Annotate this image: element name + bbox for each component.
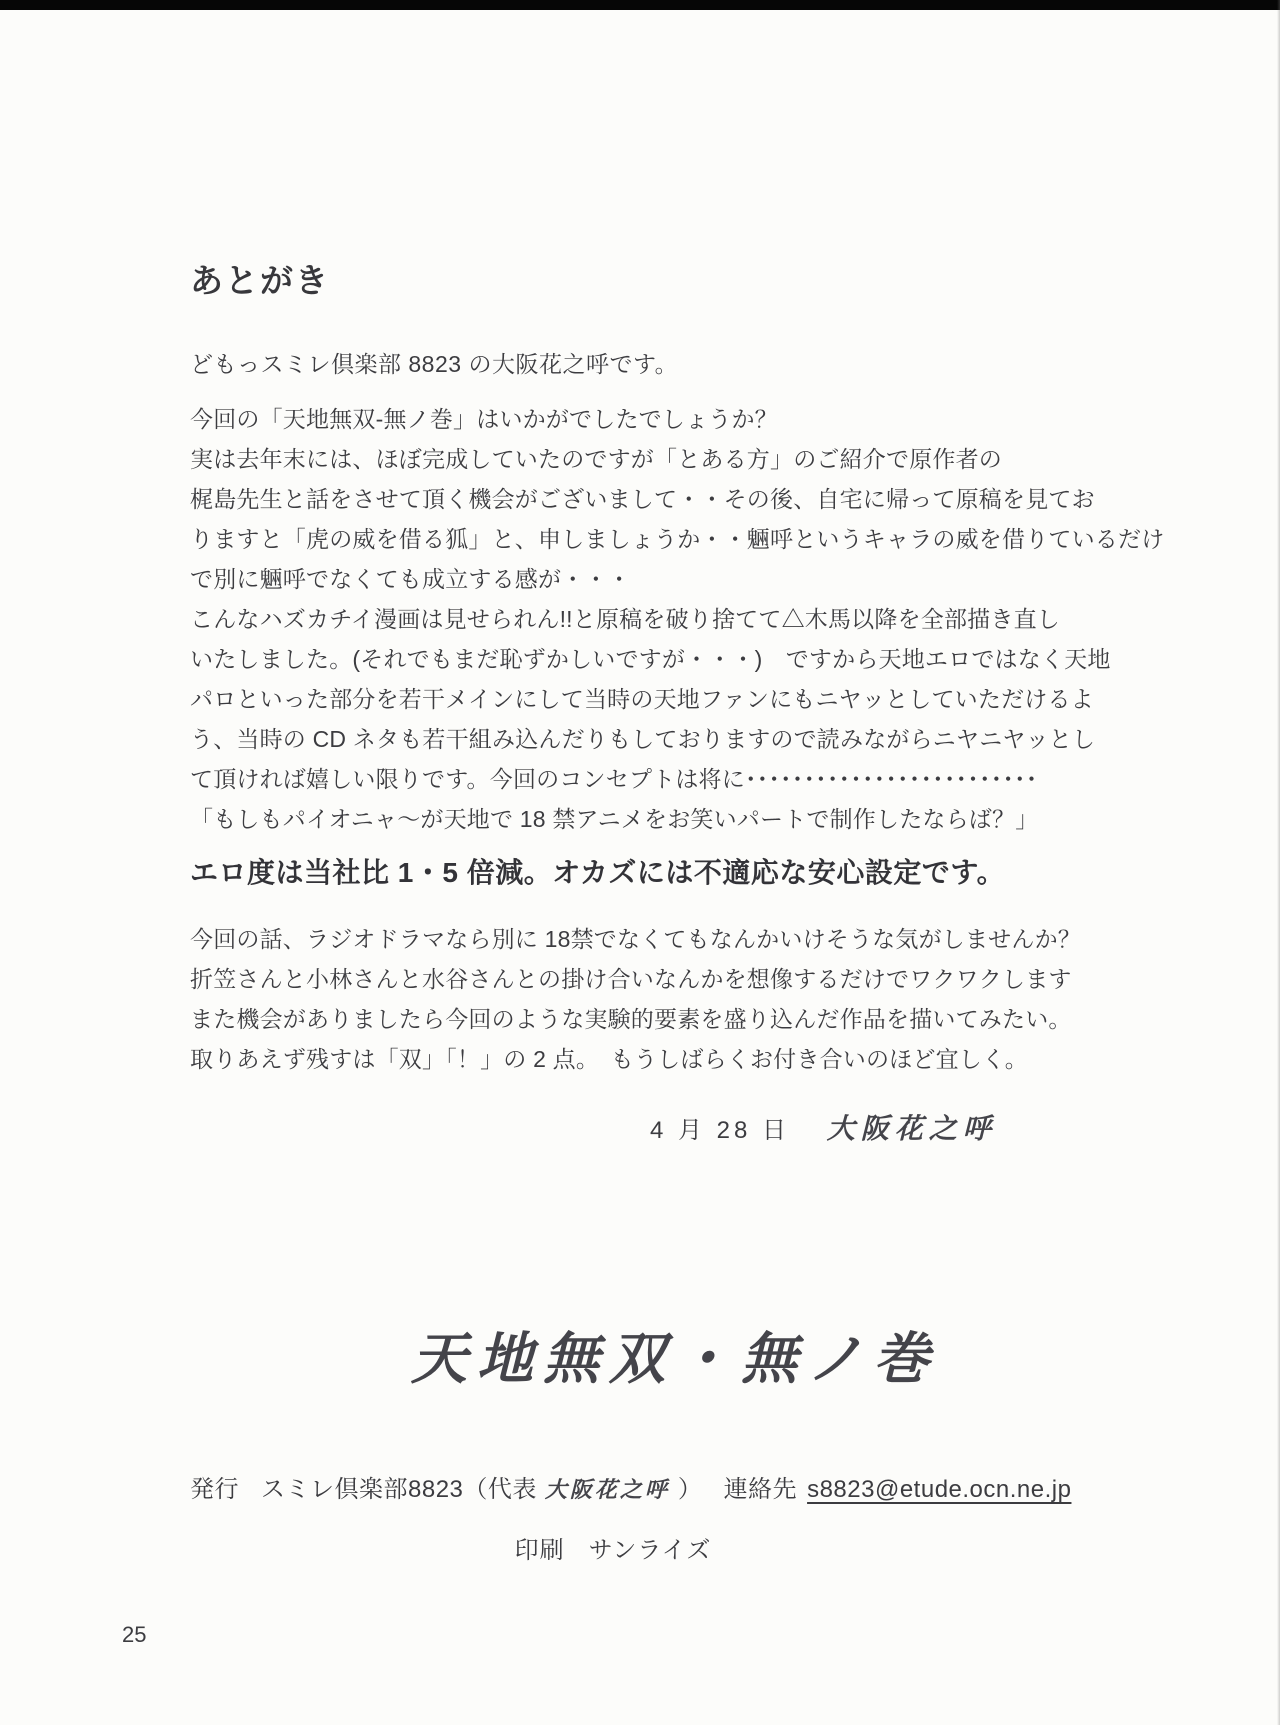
scan-edge-top: [0, 0, 1280, 10]
body-line: 「もしもパイオニャ～が天地で 18 禁アニメをお笑いパートで制作したならば？」: [190, 799, 1160, 839]
body-line: 実は去年末には、ほぼ完成していたのですが「とある方」のご紹介で原作者の: [190, 439, 1160, 479]
printer-label: 印刷: [515, 1537, 565, 1564]
publisher-name: スミレ倶楽部8823（代表: [261, 1476, 537, 1503]
afterword-heading: あとがき: [190, 255, 1160, 302]
closing-line: また機会がありましたら今回のような実験的要素を盛り込んだ作品を描いてみたい。: [190, 999, 1160, 1039]
colophon-printer-line: 印刷サンライズ: [128, 1530, 1098, 1565]
body-line: いたしました。(それでもまだ恥ずかしいですが・・・) ですから天地エロではなく天…: [190, 639, 1160, 679]
body-line: う、当時の CD ネタも若干組み込んだりもしておりますので読みながらニヤニヤッと…: [190, 719, 1160, 759]
body-line: パロといった部分を若干メインにして当時の天地ファンにもニヤッとしていただけるよ: [190, 679, 1160, 719]
contact-label: 連絡先: [724, 1476, 798, 1503]
doujin-title: 天地無双・無ノ巻: [190, 1315, 1160, 1395]
publisher-label: 発行: [190, 1476, 239, 1503]
body-line: て頂ければ嬉しい限りです。今回のコンセプトは将に････････････････…: [190, 759, 1160, 799]
date-signature-line: 4 月 28 日 大阪花之呼: [190, 1107, 1160, 1147]
page-number: 25: [122, 1622, 146, 1648]
colophon-publisher-line: 発行スミレ倶楽部8823（代表大阪花之呼） 連絡先s8823@etude.ocn…: [190, 1469, 1160, 1504]
body-line: 梶島先生と話をさせて頂く機会がございまして・・その後、自宅に帰って原稿を見てお: [190, 479, 1160, 519]
closing-line: 折笠さんと小林さんと水谷さんとの掛け合いなんかを想像するだけでワクワクします: [190, 959, 1160, 999]
contact-email: s8823@etude.ocn.ne.jp: [807, 1476, 1071, 1503]
closing-line: 今回の話、ラジオドラマなら別に 18禁でなくてもなんかいけそうな気がしませんか？: [190, 919, 1160, 959]
highlight-line: エロ度は当社比 1・5 倍減。オカズには不適応な安心設定です。: [190, 851, 1160, 891]
afterword-body: 今回の「天地無双-無ノ巻」はいかがでしたでしょうか？ 実は去年末には、ほぼ完成し…: [190, 399, 1160, 839]
closing-line: 取りあえず残すは「双」「！」の 2 点。 もうしばらくお付き合いのほど宜しく。: [190, 1039, 1160, 1079]
afterword-closing: 今回の話、ラジオドラマなら別に 18禁でなくてもなんかいけそうな気がしませんか？…: [190, 919, 1160, 1079]
page-content: あとがき どもっスミレ倶楽部 8823 の大阪花之呼です。 今回の「天地無双-無…: [0, 0, 1280, 1565]
body-line: こんなハズカチイ漫画は見せられん!!と原稿を破り捨てて△木馬以降を全部描き直し: [190, 599, 1160, 639]
body-line: りますと「虎の威を借る狐」と、申しましょうか・・魎呼というキャラの威を借りている…: [190, 519, 1160, 559]
author-signature: 大阪花之呼: [827, 1112, 997, 1145]
body-line: 今回の「天地無双-無ノ巻」はいかがでしたでしょうか？: [190, 399, 1160, 439]
intro-line: どもっスミレ倶楽部 8823 の大阪花之呼です。: [190, 346, 1160, 379]
date-text: 4 月 28 日: [650, 1117, 790, 1144]
printer-name: サンライズ: [589, 1537, 712, 1564]
publisher-suffix: ）: [678, 1476, 703, 1503]
scanned-afterword-page: あとがき どもっスミレ倶楽部 8823 の大阪花之呼です。 今回の「天地無双-無…: [0, 0, 1280, 1725]
representative-name: 大阪花之呼: [545, 1477, 670, 1503]
body-line: で別に魎呼でなくても成立する感が・・・: [190, 559, 1160, 599]
